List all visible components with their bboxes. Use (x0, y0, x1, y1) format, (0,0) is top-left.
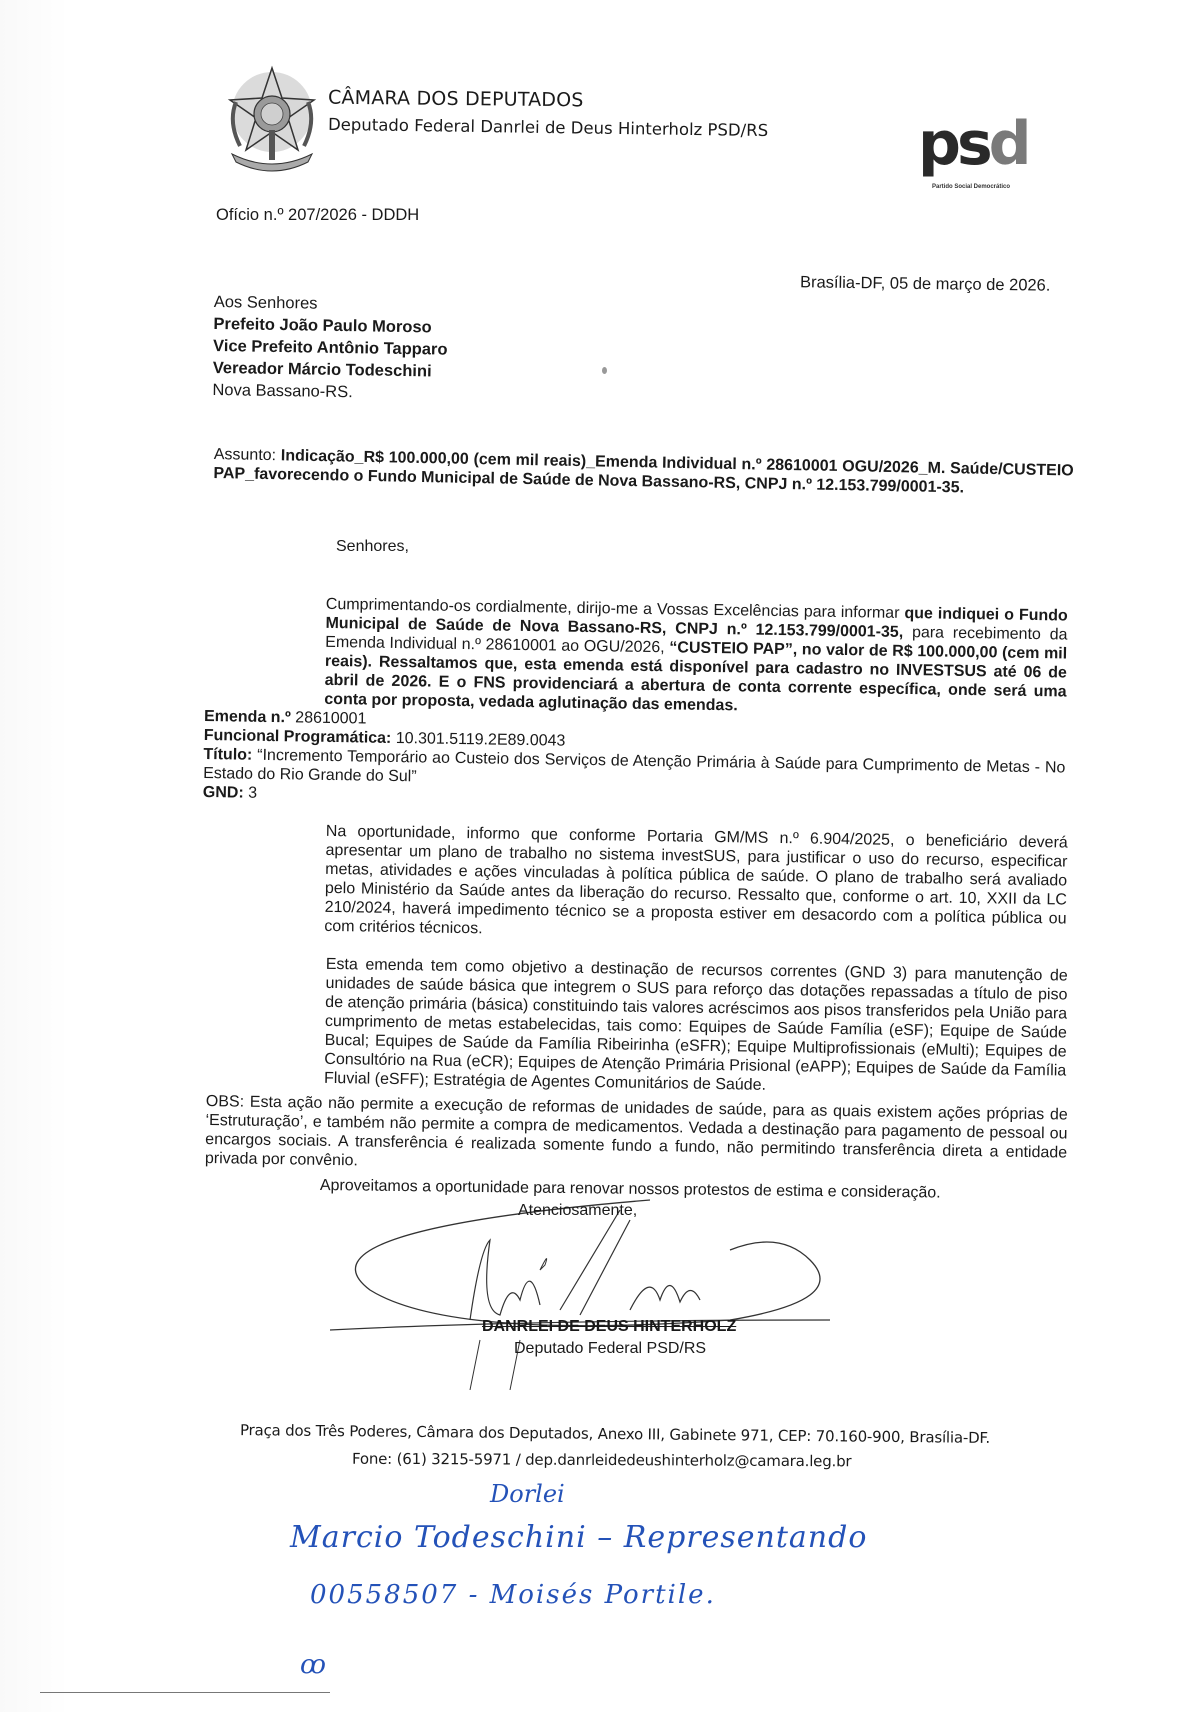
obs-paragraph: OBS: Esta ação não permite a execução de… (205, 1092, 1068, 1182)
scan-speck (602, 367, 607, 374)
scan-shadow (0, 0, 70, 1712)
letter-page: CÂMARA DOS DEPUTADOS Deputado Federal Da… (0, 0, 1200, 1712)
handwritten-note-line-3: 00558507 - Moisés Portile. (310, 1580, 716, 1610)
handwritten-note-line-1: Dorlei (490, 1480, 565, 1508)
psd-logo-mark: psd (918, 114, 1028, 174)
brazil-coat-of-arms-icon (222, 62, 322, 180)
handwritten-note-line-2: Marcio Todeschini – Representando (290, 1520, 867, 1555)
handwritten-signature (330, 1190, 850, 1390)
handwritten-initials: ꝏ (300, 1650, 326, 1680)
deputy-line: Deputado Federal Danrlei de Deus Hinterh… (328, 115, 768, 140)
signer-role: Deputado Federal PSD/RS (514, 1340, 706, 1358)
subject-block: Assunto: Indicação_R$ 100.000,00 (cem mi… (213, 445, 1074, 500)
valediction: Atenciosamente, (518, 1202, 637, 1220)
body-paragraph-2: Na oportunidade, informo que conforme Po… (204, 820, 1068, 948)
recipients-block: Aos Senhores Prefeito João Paulo Moroso … (212, 291, 448, 405)
date-line: Brasília-DF, 05 de março de 2026. (800, 273, 1051, 295)
reference-number: Ofício n.º 207/2026 - DDDH (216, 206, 419, 225)
psd-party-logo: psd Partido Social Democrático (918, 118, 1058, 198)
signer-name: DANRLEI DE DEUS HINTERHOLZ (482, 1318, 736, 1336)
subject-text: Indicação_R$ 100.000,00 (cem mil reais)_… (213, 447, 1074, 496)
psd-tagline: Partido Social Democrático (932, 184, 1010, 190)
subject-label: Assunto: (214, 446, 277, 464)
footer-address: Praça dos Três Poderes, Câmara dos Deput… (240, 1421, 990, 1447)
greeting: Senhores, (336, 537, 409, 556)
recipients-location: Nova Bassano-RS. (212, 379, 447, 405)
signature-rule (40, 1692, 330, 1693)
body-paragraph-3: Esta emenda tem como objetivo a destinaç… (204, 953, 1068, 1100)
footer-contact: Fone: (61) 3215-5971 / dep.danrleidedeus… (352, 1450, 852, 1471)
institution-name: CÂMARA DOS DEPUTADOS (328, 87, 584, 112)
body-paragraph-1: Cumprimentando-os cordialmente, dirijo-m… (203, 593, 1068, 816)
